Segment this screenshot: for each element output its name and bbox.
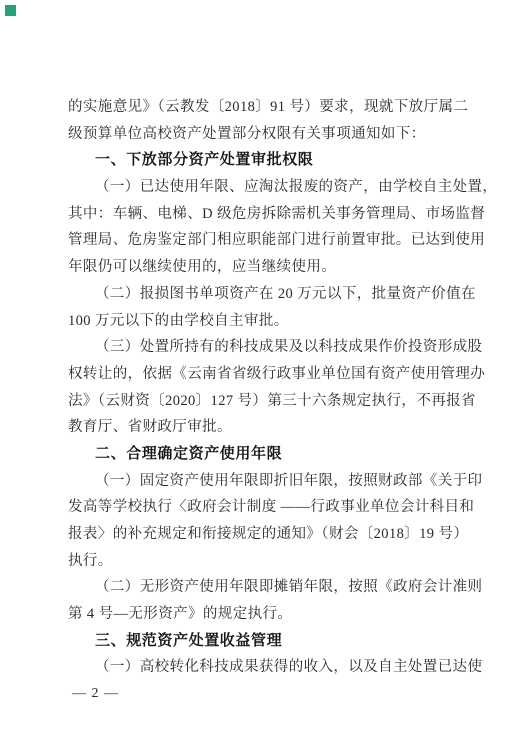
document-line: 法》（云财资〔2020〕127 号）第三十六条规定执行，不再报省 xyxy=(68,388,466,415)
document-line: （二）无形资产使用年限即摊销年限，按照《政府会计准则 xyxy=(68,574,466,601)
document-line: 100 万元以下的由学校自主审批。 xyxy=(68,308,466,335)
document-line: 执行。 xyxy=(68,548,466,575)
document-line: 报表〉的补充规定和衔接规定的通知》（财会〔2018〕19 号） xyxy=(68,521,466,548)
document-line: （一）高校转化科技成果获得的收入，以及自主处置已达使 xyxy=(68,654,466,681)
document-line: 发高等学校执行〈政府会计制度 ——行政事业单位会计科目和 xyxy=(68,494,466,521)
corner-marker xyxy=(5,5,16,16)
document-line: 的实施意见》（云教发〔2018〕91 号）要求，现就下放厅属二 xyxy=(68,94,466,121)
page-number: — 2 — xyxy=(72,684,119,704)
document-line: 级预算单位高校资产处置部分权限有关事项通知如下： xyxy=(68,121,466,148)
document-line: 其中：车辆、电梯、D 级危房拆除需机关事务管理局、市场监督 xyxy=(68,201,466,228)
document-line: 教育厅、省财政厅审批。 xyxy=(68,414,466,441)
section-heading: 一、下放部分资产处置审批权限 xyxy=(68,147,466,174)
document-line: （二）报损图书单项资产在 20 万元以下，批量资产价值在 xyxy=(68,281,466,308)
document-line: 第 4 号—无形资产》的规定执行。 xyxy=(68,601,466,628)
document-text-block: 的实施意见》（云教发〔2018〕91 号）要求，现就下放厅属二级预算单位高校资产… xyxy=(68,94,466,681)
document-line: 年限仍可以继续使用的，应当继续使用。 xyxy=(68,254,466,281)
document-line: 权转让的，依据《云南省省级行政事业单位国有资产使用管理办 xyxy=(68,361,466,388)
document-line: 管理局、危房鉴定部门相应职能部门进行前置审批。已达到使用 xyxy=(68,227,466,254)
section-heading: 二、合理确定资产使用年限 xyxy=(68,441,466,468)
document-line: （三）处置所持有的科技成果及以科技成果作价投资形成股 xyxy=(68,334,466,361)
document-line: （一）已达使用年限、应淘汰报废的资产，由学校自主处置， xyxy=(68,174,466,201)
section-heading: 三、规范资产处置收益管理 xyxy=(68,628,466,655)
document-line: （一）固定资产使用年限即折旧年限，按照财政部《关于印 xyxy=(68,468,466,495)
document-page: { "page": { "background_color": "#ffffff… xyxy=(0,0,527,748)
